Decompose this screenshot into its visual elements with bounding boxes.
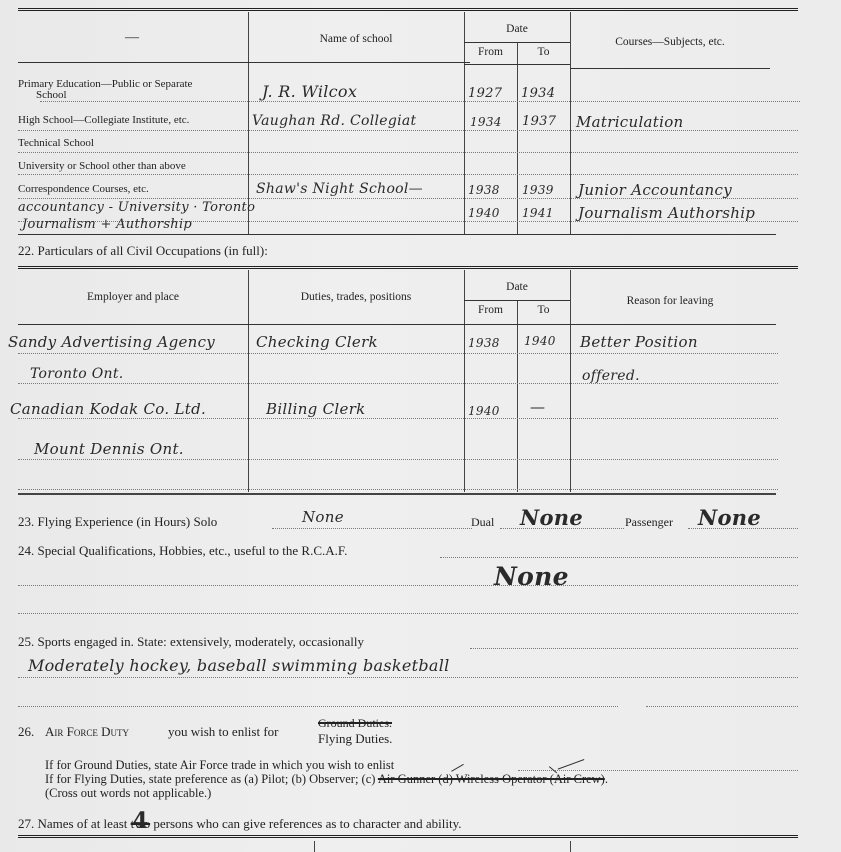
row-label-technical: Technical School [18,137,94,149]
section-24-label: 24. Special Qualifications, Hobbies, etc… [18,543,347,559]
high-to: 1937 [522,114,556,129]
extra-to: 1941 [522,206,554,220]
courses-extra: Journalism Authorship [578,204,755,222]
passenger-label: Passenger [625,515,673,530]
duties-2: Billing Clerk [266,400,366,418]
header-courses: Courses—Subjects, etc. [570,36,770,48]
header-reason: Reason for leaving [570,295,770,307]
occupation-1-to: 1940 [524,334,556,348]
row-label-correspondence: Correspondence Courses, etc. [18,183,149,195]
top-rule [18,8,798,11]
qualifications-line [18,613,798,614]
employer-1-place: Toronto Ont. [30,366,124,382]
flying-options-struck: Air Gunner (d) Wireless Operator (Air Cr… [378,772,605,786]
employer-2-place: Mount Dennis Ont. [34,440,184,458]
row-line [18,383,778,384]
qualifications-line [440,557,798,558]
passenger-value: None [698,505,761,530]
header-employer: Employer and place [18,291,248,303]
school-high: Vaughan Rd. Collegiat [252,113,416,129]
divider [314,841,315,852]
header-from: From [464,304,517,316]
qualifications-value: None [494,562,569,591]
header-rule [464,64,570,65]
section-rule [18,493,776,495]
courses-correspondence: Junior Accountancy [578,181,732,199]
header-rule [18,324,776,325]
row-label-primary-2: School [36,89,67,101]
solo-value: None [302,508,344,526]
qualifications-line [18,585,798,586]
option-ground-duties: Ground Duties. [318,716,392,731]
reason-1: Better Position [580,333,698,351]
occupation-1-from: 1938 [468,336,500,350]
correspondence-from: 1938 [468,183,500,197]
header-date: Date [464,23,570,35]
section-rule [18,234,776,235]
employer-1: Sandy Advertising Agency [8,333,215,351]
sports-line [18,706,618,707]
courses-high: Matriculation [576,113,684,131]
section-22-title: 22. Particulars of all Civil Occupations… [18,243,268,259]
enlistment-form-page: — Name of school Date From To Courses—Su… [0,0,841,852]
option-flying-duties: Flying Duties. [318,731,392,747]
divider [570,841,571,852]
divider [464,42,570,43]
employer-2: Canadian Kodak Co. Ltd. [10,400,206,418]
dual-label: Dual [471,515,494,530]
section-27-handwritten-number: 4 [133,808,149,834]
handwritten-extra-course: accountancy - University · Toronto [18,200,255,215]
section-26-label-caps: Air Force Duty [45,724,129,740]
row-line [18,353,778,354]
ground-duties-instruction: If for Ground Duties, state Air Force tr… [45,758,394,773]
header-date: Date [464,281,570,293]
section-25-label: 25. Sports engaged in. State: extensivel… [18,634,364,650]
school-primary: J. R. Wilcox [262,82,357,101]
row-label-high-school: High School—Collegiate Institute, etc. [18,114,189,126]
cross-out-note: (Cross out words not applicable.) [45,786,211,801]
row-line [18,459,778,460]
section-27-suffix: persons who can give references as to ch… [153,816,461,831]
row-line [18,152,798,153]
header-from: From [464,46,517,58]
handwritten-tick [446,755,464,772]
header-rule [18,62,470,63]
occupation-2-from: 1940 [468,404,500,418]
section-27-label: 27. Names of at least two 4 persons who … [18,816,462,832]
reason-1-cont: offered. [582,368,640,384]
solo-line [272,528,472,529]
dual-value: None [520,505,583,530]
section-23-label: 23. Flying Experience (in Hours) Solo [18,514,217,530]
divider [517,42,518,234]
header-duties: Duties, trades, positions [248,291,464,303]
primary-to: 1934 [521,86,555,101]
header-name-of-school: Name of school [248,33,464,45]
row-line [40,101,800,102]
section-22-rule [18,266,798,269]
flying-options-end: . [605,772,608,786]
high-from: 1934 [470,115,502,129]
school-correspondence: Shaw's Night School— [256,181,423,197]
row-line [18,174,798,175]
sports-line [646,706,798,707]
duties-1: Checking Clerk [256,333,378,351]
bottom-rule [18,835,798,838]
sports-line [18,677,798,678]
occupation-2-to: — [530,398,545,416]
section-26-number: 26. [18,724,34,740]
sports-value: Moderately hockey, baseball swimming bas… [28,656,450,675]
divider [517,300,518,492]
blank-mark: — [125,30,139,46]
section-26-label-rest: you wish to enlist for [168,724,279,740]
sports-line [470,648,798,649]
divider [464,300,570,301]
row-label-university: University or School other than above [18,160,186,172]
handwritten-extra-course-2: Journalism + Authorship [22,217,192,232]
primary-from: 1927 [468,86,502,101]
flying-duties-instruction: If for Flying Duties, state preference a… [45,772,608,787]
extra-from: 1940 [468,206,500,220]
row-line [18,489,778,490]
header-to: To [517,304,570,316]
flying-options-valid: If for Flying Duties, state preference a… [45,772,375,786]
row-line [18,418,778,419]
trade-line [518,770,798,771]
header-to: To [517,46,570,58]
section-27-prefix: 27. Names of at least [18,816,127,831]
correspondence-to: 1939 [522,183,554,197]
header-rule [570,68,770,69]
